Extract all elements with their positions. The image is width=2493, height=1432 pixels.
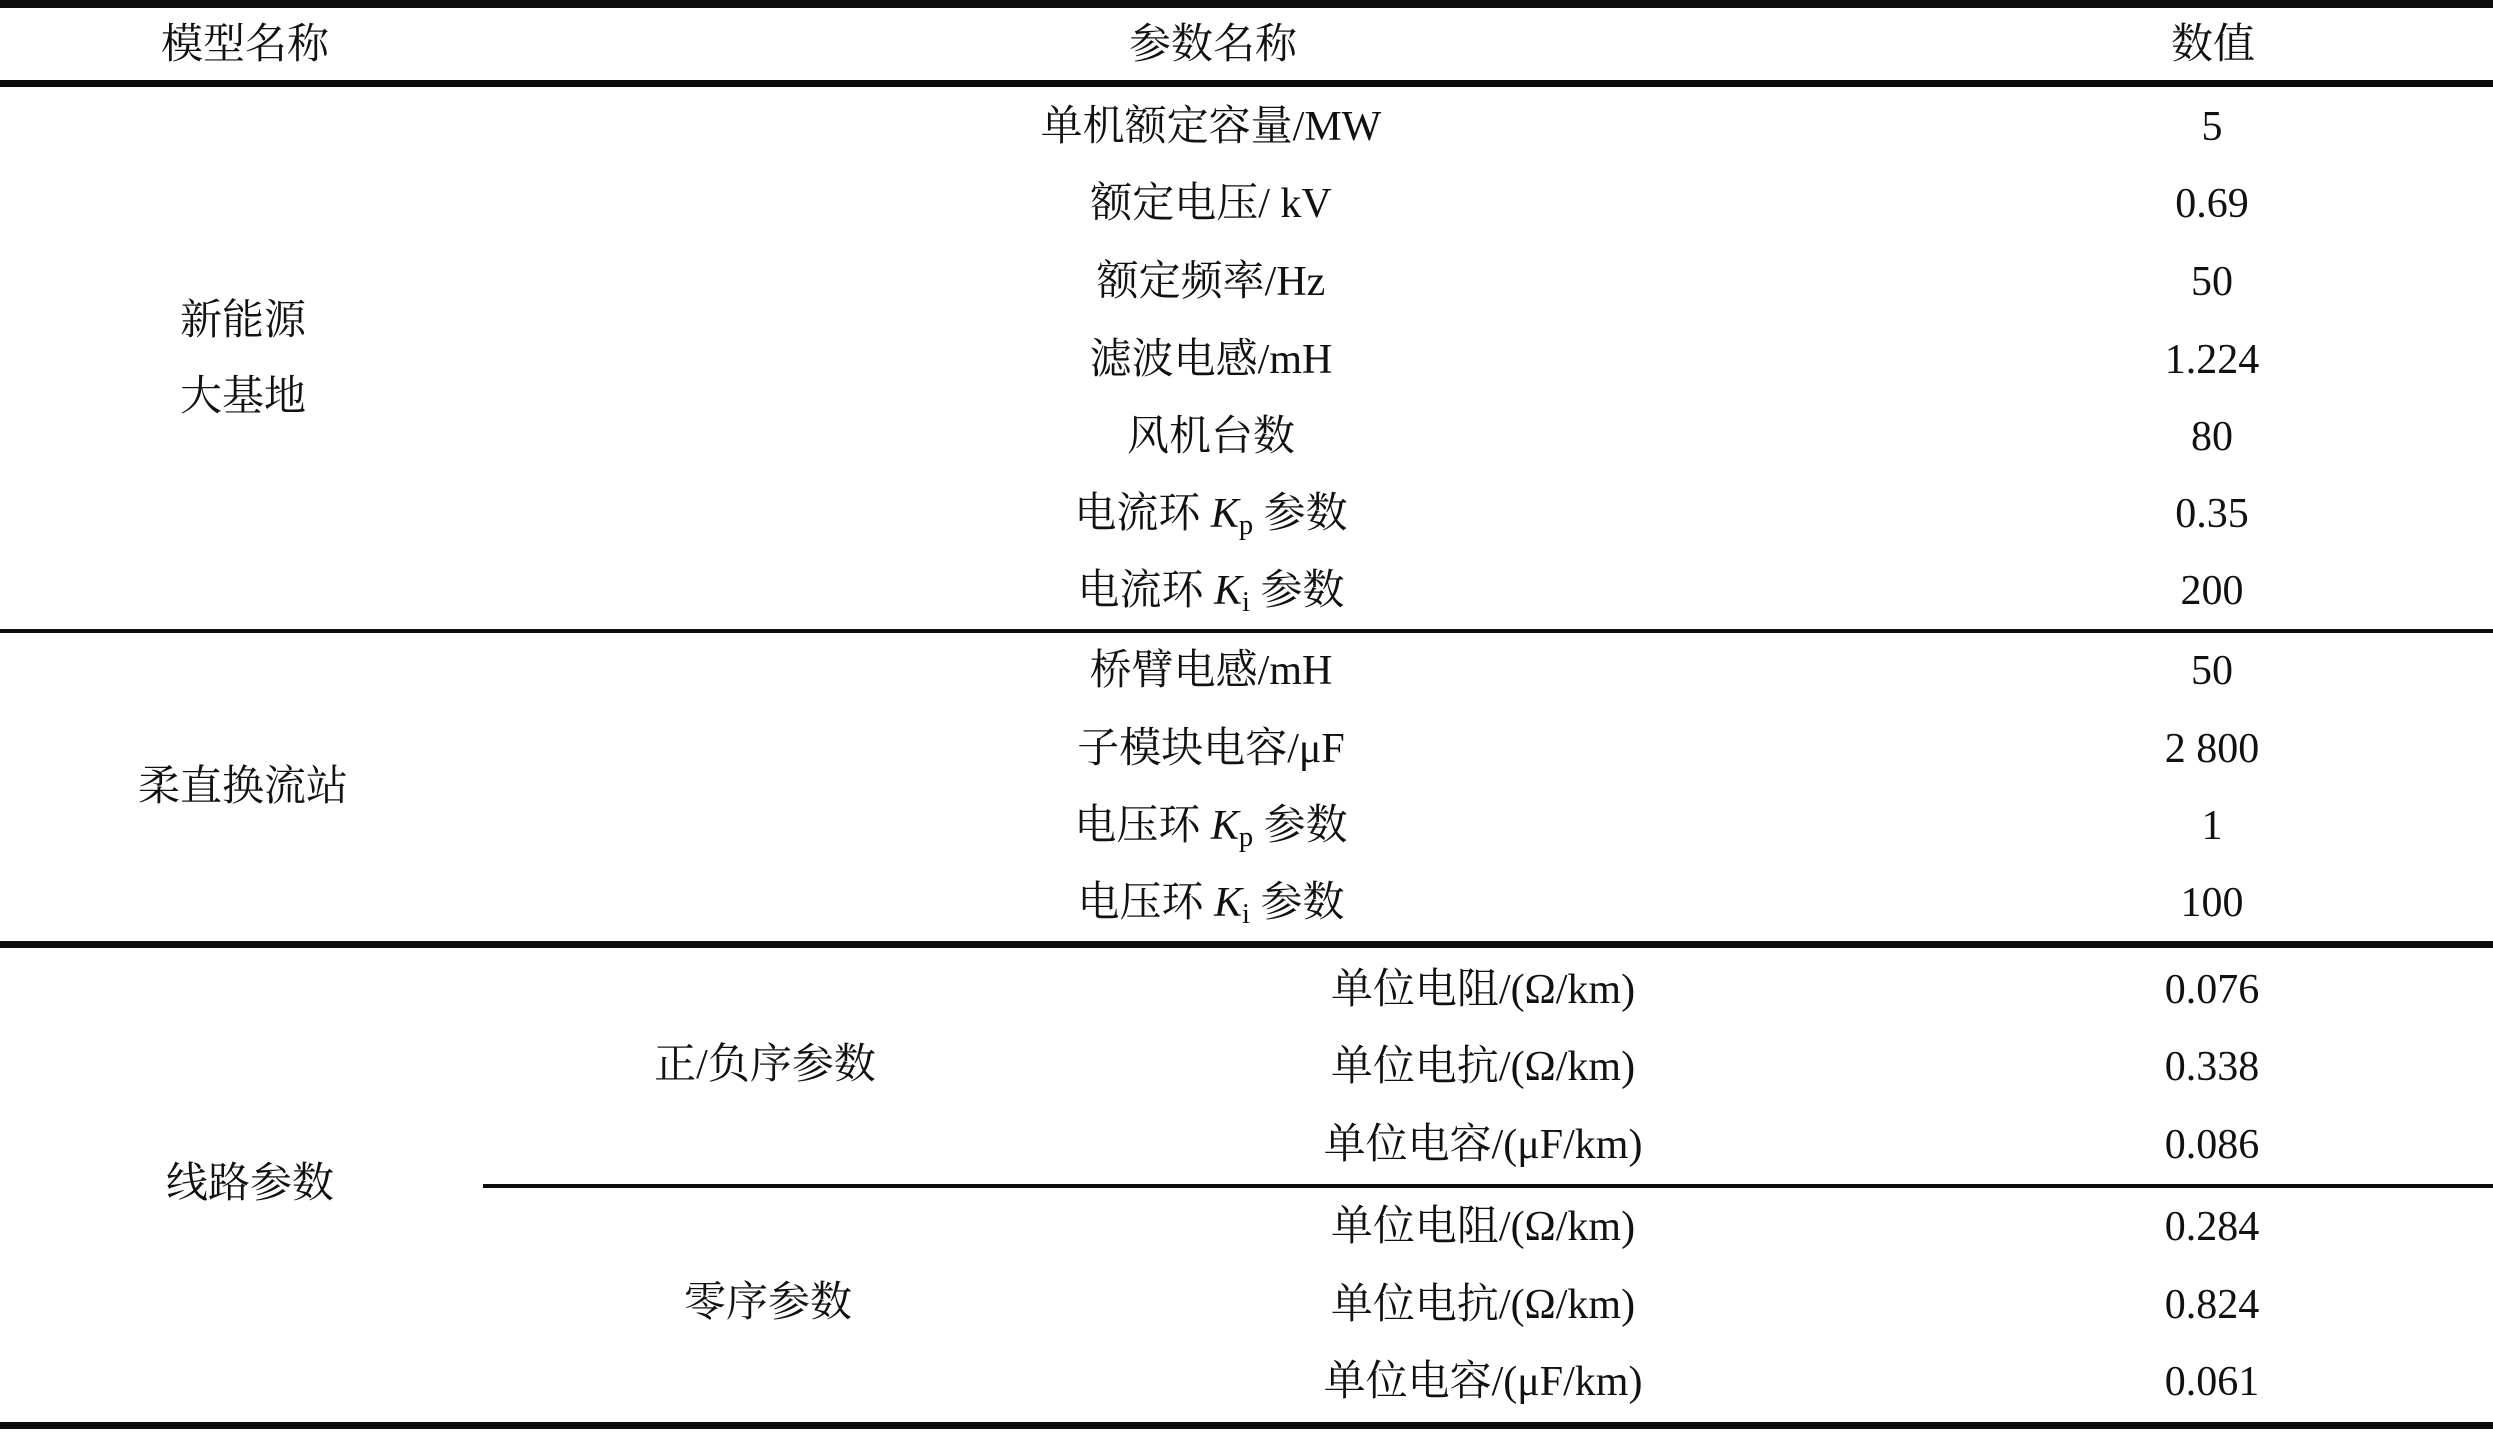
param-value: 0.338 bbox=[2165, 1044, 2260, 1090]
param-name: 电流环 Kp 参数 bbox=[1074, 491, 1347, 537]
param-name: 单位电容/(μF/km) bbox=[1324, 1122, 1643, 1168]
param-value: 100 bbox=[2181, 880, 2244, 926]
param-name: 子模块电容/μF bbox=[1077, 726, 1345, 772]
param-value: 200 bbox=[2181, 568, 2244, 614]
param-name: 单位电容/(μF/km) bbox=[1324, 1359, 1643, 1405]
param-value: 0.824 bbox=[2165, 1282, 2260, 1328]
param-value: 1.224 bbox=[2165, 337, 2260, 383]
header-model-name: 模型名称 bbox=[161, 22, 329, 68]
param-name: 单位电阻/(Ω/km) bbox=[1331, 967, 1635, 1013]
header-value: 数值 bbox=[2171, 22, 2255, 68]
param-name: 单位电抗/(Ω/km) bbox=[1331, 1282, 1635, 1328]
param-value: 0.69 bbox=[2175, 181, 2249, 227]
param-value: 1 bbox=[2202, 803, 2223, 849]
header-divider bbox=[0, 80, 2493, 87]
symbol-subscript: p bbox=[1239, 822, 1253, 853]
param-name: 电压环 Kp 参数 bbox=[1074, 803, 1347, 849]
group-label-zero-sequence: 零序参数 bbox=[684, 1280, 852, 1326]
param-name: 额定电压/ kV bbox=[1090, 181, 1332, 227]
subgroup-divider bbox=[483, 1184, 2493, 1188]
param-name: 滤波电感/mH bbox=[1090, 337, 1333, 383]
model-name-line-params: 线路参数 bbox=[166, 1161, 334, 1207]
symbol-K: K bbox=[1211, 803, 1239, 849]
symbol-K: K bbox=[1214, 568, 1242, 614]
param-value: 0.35 bbox=[2175, 491, 2249, 537]
param-value: 50 bbox=[2191, 648, 2233, 694]
param-value: 0.061 bbox=[2165, 1359, 2260, 1405]
header-param-name: 参数名称 bbox=[1129, 22, 1297, 68]
param-value: 0.076 bbox=[2165, 967, 2260, 1013]
symbol-K: K bbox=[1211, 491, 1239, 537]
param-name: 单位电阻/(Ω/km) bbox=[1331, 1204, 1635, 1250]
param-name: 风机台数 bbox=[1127, 414, 1295, 460]
param-name: 单机额定容量/MW bbox=[1041, 104, 1382, 150]
param-value: 80 bbox=[2191, 414, 2233, 460]
section-divider-2 bbox=[0, 941, 2493, 948]
symbol-subscript: p bbox=[1239, 510, 1253, 541]
param-name: 电压环 Ki 参数 bbox=[1078, 880, 1345, 926]
model-name-new-energy-base-line1: 新能源 bbox=[180, 298, 306, 344]
model-name-new-energy-base-line2: 大基地 bbox=[180, 374, 306, 420]
section-divider-1 bbox=[0, 629, 2493, 633]
group-label-positive-negative-sequence: 正/负序参数 bbox=[654, 1042, 876, 1088]
table-bottom-border bbox=[0, 1422, 2493, 1429]
param-value: 0.284 bbox=[2165, 1204, 2260, 1250]
param-value: 2 800 bbox=[2165, 726, 2260, 772]
param-name: 桥臂电感/mH bbox=[1090, 648, 1333, 694]
symbol-K: K bbox=[1214, 880, 1242, 926]
table-top-border bbox=[0, 0, 2493, 8]
param-value: 0.086 bbox=[2165, 1122, 2260, 1168]
param-value: 5 bbox=[2202, 104, 2223, 150]
param-name: 单位电抗/(Ω/km) bbox=[1331, 1044, 1635, 1090]
model-name-converter-station: 柔直换流站 bbox=[138, 764, 348, 810]
parameter-table: 模型名称 参数名称 数值 新能源 大基地 单机额定容量/MW 5 额定电压/ k… bbox=[0, 0, 2493, 1432]
param-name: 额定频率/Hz bbox=[1097, 259, 1326, 305]
param-name: 电流环 Ki 参数 bbox=[1078, 568, 1345, 614]
param-value: 50 bbox=[2191, 259, 2233, 305]
